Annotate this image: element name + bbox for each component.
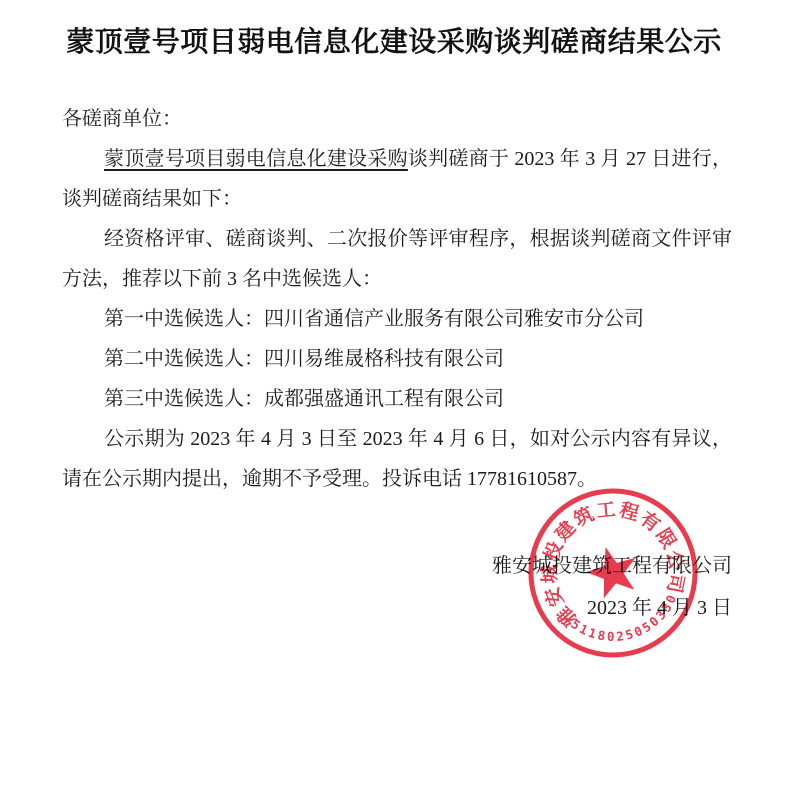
document-page: 蒙顶壹号项目弱电信息化建设采购谈判磋商结果公示 各磋商单位： 蒙顶壹号项目弱电信… [0,0,788,795]
paragraph-review-process: 经资格评审、磋商谈判、二次报价等评审程序，根据谈判磋商文件评审方法，推荐以下前 … [62,219,732,299]
paragraph-publicity-period: 公示期为 2023 年 4 月 3 日至 2023 年 4 月 6 日，如对公示… [62,419,732,499]
document-title: 蒙顶壹号项目弱电信息化建设采购谈判磋商结果公示 [28,22,760,62]
candidate-second-line: 第二中选候选人：四川易维晟格科技有限公司 [62,339,732,379]
signature-block: 雅安城投建筑工程有限公司 2023 年 4 月 3 日 [492,545,732,629]
signature-company: 雅安城投建筑工程有限公司 [492,545,732,587]
candidate-first-line: 第一中选候选人：四川省通信产业服务有限公司雅安市分公司 [62,299,732,339]
salutation-line: 各磋商单位： [62,99,732,139]
signature-date: 2023 年 4 月 3 日 [492,587,732,629]
paragraph-negotiation-date: 蒙顶壹号项目弱电信息化建设采购谈判磋商于 2023 年 3 月 27 日进行，谈… [62,139,732,219]
candidate-third-line: 第三中选候选人：成都强盛通讯工程有限公司 [62,379,732,419]
document-body: 各磋商单位： 蒙顶壹号项目弱电信息化建设采购谈判磋商于 2023 年 3 月 2… [62,99,732,499]
underlined-project-name: 蒙顶壹号项目弱电信息化建设采购 [104,148,408,170]
